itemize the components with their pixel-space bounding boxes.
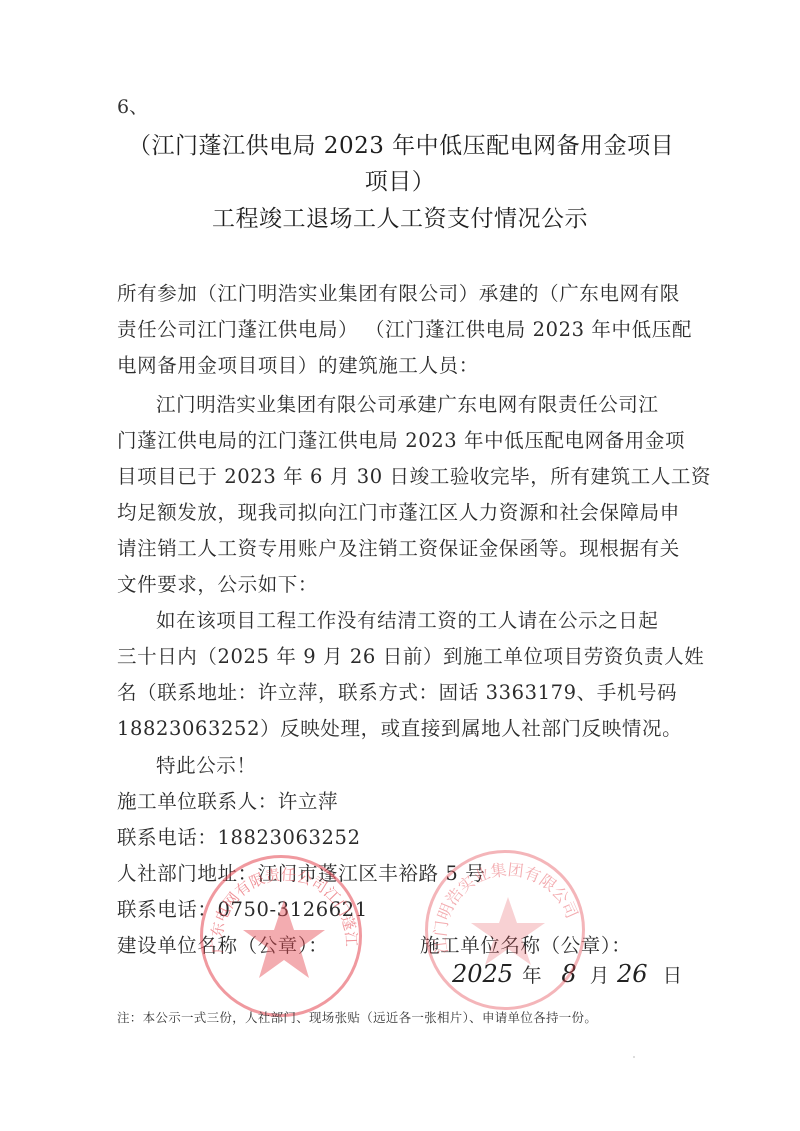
salutation-line: 所有参加（江门明浩实业集团有限公司）承建的（广东电网有限 — [117, 278, 680, 306]
paragraph-line: 请注销工人工资专用账户及注销工资保证金保函等。现根据有关 — [117, 533, 680, 561]
paragraph-line: 如在该项目工程工作没有结清工资的工人请在公示之日起 — [156, 605, 659, 633]
contractor-phone: 联系电话：18823063252 — [117, 822, 361, 850]
date-day-label: 日 — [663, 964, 683, 987]
date-year-handwritten: 2025 — [452, 960, 513, 988]
document-page: 6、 （江门蓬江供电局 2023 年中低压配电网备用金项目 项目） 工程竣工退场… — [0, 0, 800, 1131]
salutation-line: 责任公司江门蓬江供电局） （江门蓬江供电局 2023 年中低压配 — [117, 314, 692, 342]
salutation-line: 电网备用金项目项目）的建筑施工人员： — [117, 350, 479, 378]
date-day-handwritten: 26 — [617, 960, 648, 988]
paragraph-line: 江门明浩实业集团有限公司承建广东电网有限责任公司江 — [156, 389, 659, 417]
scan-artifact — [633, 1056, 635, 1058]
paragraph-line: 文件要求，公示如下： — [117, 569, 318, 597]
date-year-label: 年 — [522, 964, 542, 987]
title-line-2: 项目） — [0, 163, 800, 196]
title-line-3: 工程竣工退场工人工资支付情况公示 — [0, 200, 800, 233]
hrss-address: 人社部门地址：江门市蓬江区丰裕路 5 号 — [117, 858, 485, 886]
paragraph-line: 名（联系地址：许立萍，联系方式：固话 3363179、手机号码 — [117, 677, 677, 705]
paragraph-line: 门蓬江供电局的江门蓬江供电局 2023 年中低压配电网备用金项 — [117, 425, 685, 453]
closing-text: 特此公示！ — [156, 750, 257, 778]
paragraph-line: 均足额发放，现我司拟向江门市蓬江区人力资源和社会保障局申 — [117, 497, 680, 525]
paragraph-line: 18823063252）反映处理，或直接到属地人社部门反映情况。 — [117, 713, 682, 741]
paragraph-line: 三十日内（2025 年 9 月 26 日前）到施工单位项目劳资负责人姓 — [117, 641, 704, 669]
title-line-1: （江门蓬江供电局 2023 年中低压配电网备用金项目 — [128, 127, 688, 160]
hrss-phone: 联系电话：0750-3126621 — [117, 894, 368, 922]
item-number: 6、 — [117, 92, 148, 119]
footnote: 注：本公示一式三份，人社部门、现场张贴（远近各一张相片）、申请单位各持一份。 — [117, 1008, 597, 1026]
date-month-handwritten: 8 — [561, 960, 576, 988]
paragraph-line: 目项目已于 2023 年 6 月 30 日竣工验收完毕，所有建筑工人工资 — [117, 461, 711, 489]
date-month-label: 月 — [590, 964, 610, 987]
contractor-seal-label: 施工单位名称（公章）： — [420, 930, 631, 958]
signature-date: 2025 年 8 月 26 日 — [452, 960, 683, 988]
builder-seal-label: 建设单位名称（公章）： — [117, 930, 328, 958]
contractor-contact: 施工单位联系人：许立萍 — [117, 786, 338, 814]
